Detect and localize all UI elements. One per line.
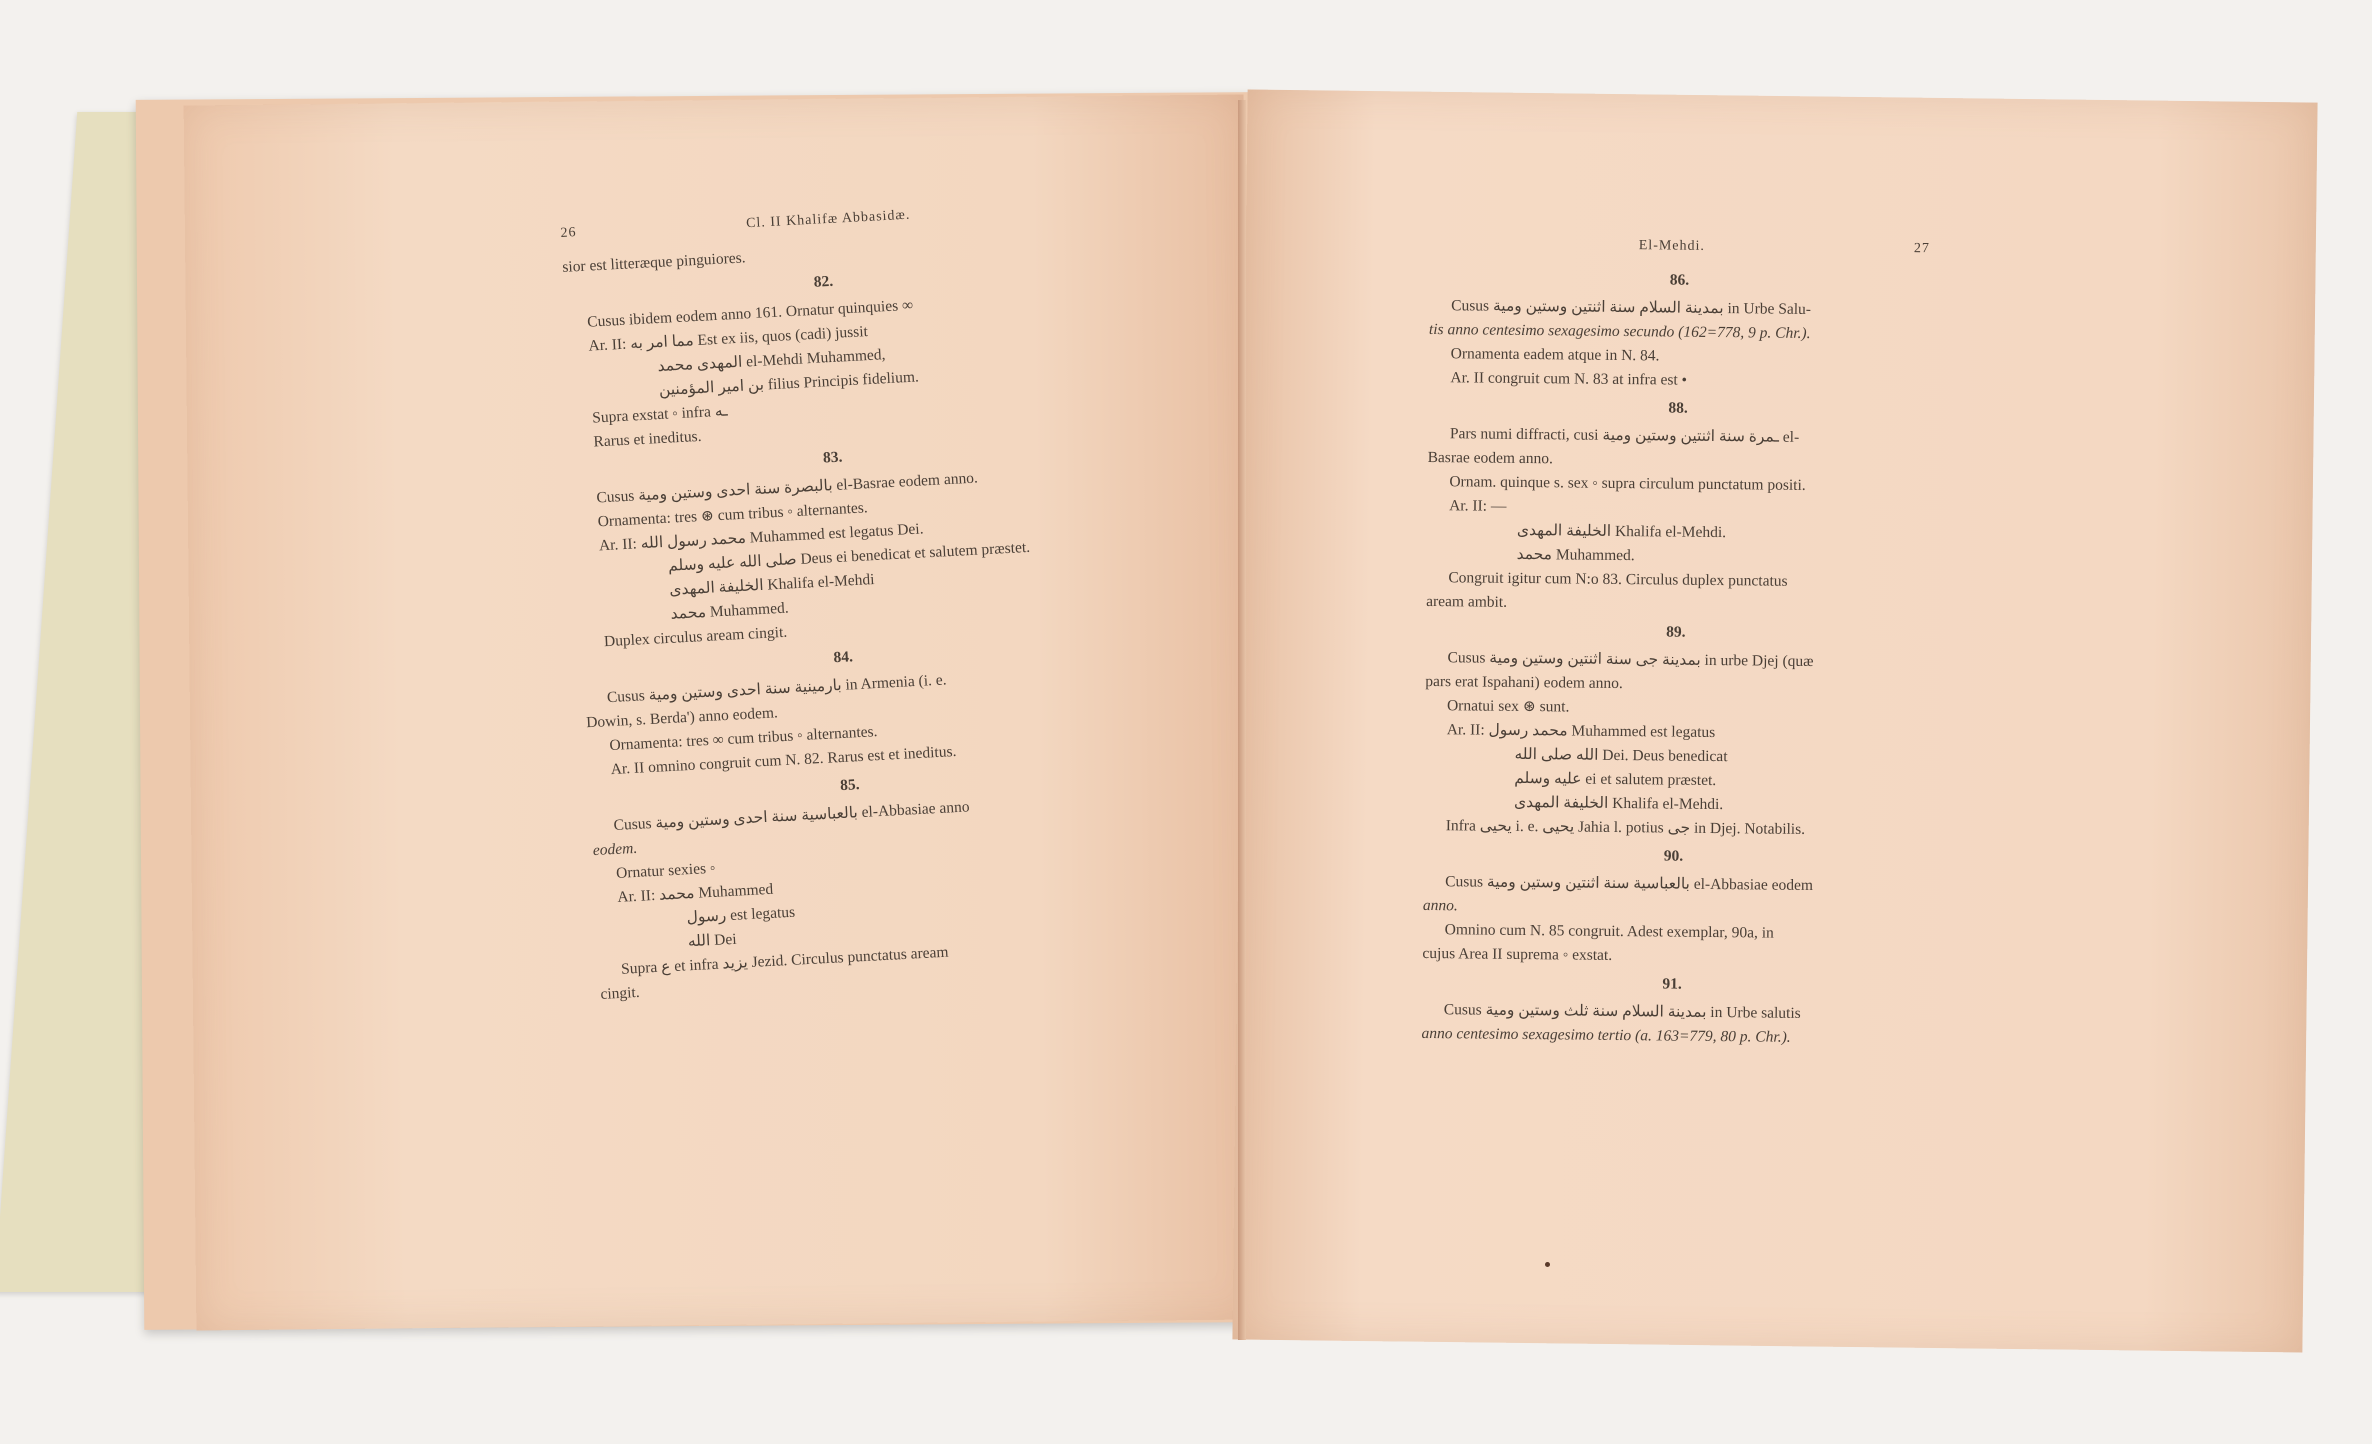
entry-number: 91. [1422,970,1922,999]
running-head: El-Mehdi. [1639,234,1705,259]
page-number: 26 [560,221,577,246]
left-page-text: 26 Cl. II Khalifæ Abbasidæ. sior est lit… [560,195,1120,1007]
ink-spot [1545,1262,1550,1267]
page-number: 27 [1914,237,1930,261]
entry-number: 86. [1429,266,1929,295]
entry-number: 89. [1426,618,1926,647]
entry-number: 90. [1423,842,1923,871]
entry-number: 88. [1428,394,1928,423]
right-header: El-Mehdi. 27 [1430,232,1930,261]
right-page-text: El-Mehdi. 27 86. Cusus بمدينة السلام سنة… [1421,232,1929,1051]
text-line: cujus Area II suprema ◦ exstat. [1422,942,1922,971]
text-line: aream ambit. [1426,590,1926,619]
book-gutter [1238,100,1246,1340]
text-line: Ar. II congruit cum N. 83 at infra est • [1428,366,1928,395]
text-line: Infra يحيى i. e. يحيى Jahia l. potius جى… [1424,814,1924,843]
